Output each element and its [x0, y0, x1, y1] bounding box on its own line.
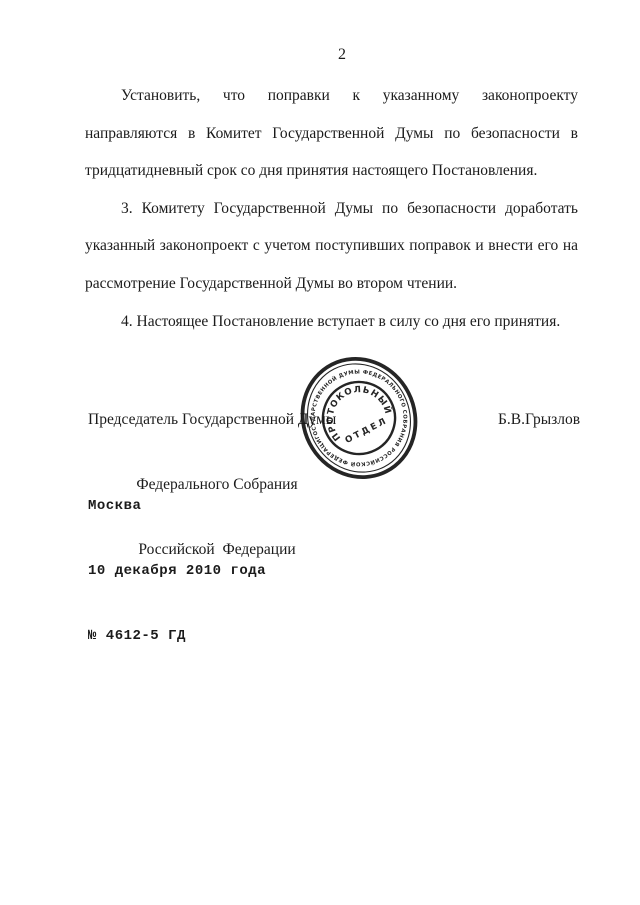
document-footer: Москва 10 декабря 2010 года № 4612-5 ГД: [88, 452, 266, 692]
paragraph-line: Установить, что поправки к указанному за…: [85, 76, 578, 114]
paragraph-line: 4. Настоящее Постановление вступает в си…: [85, 302, 578, 340]
footer-city: Москва: [88, 496, 266, 518]
stamp-outer-ring: [284, 343, 434, 493]
document-body: Установить, что поправки к указанному за…: [85, 76, 578, 339]
paragraph-line: рассмотрение Государственной Думы во вто…: [85, 264, 578, 302]
signer-name: Б.В.Грызлов: [498, 411, 580, 429]
footer-date: 10 декабря 2010 года: [88, 561, 266, 583]
paragraph-line: 3. Комитету Государственной Думы по безо…: [85, 189, 578, 227]
round-stamp-icon: ГОСУДАРСТВЕННОЙ ДУМЫ ФЕДЕРАЛЬНОГО СОБРАН…: [284, 343, 434, 493]
paragraph-line: указанный законопроект с учетом поступив…: [85, 226, 578, 264]
page-number: 2: [338, 46, 346, 64]
document-page: 2 Установить, что поправки к указанному …: [0, 0, 640, 905]
paragraph-line: тридцатидневный срок со дня принятия нас…: [85, 151, 578, 189]
stamp-middle-ring: [289, 346, 429, 490]
footer-number: № 4612-5 ГД: [88, 626, 266, 648]
paragraph-line: направляются в Комитет Государственной Д…: [85, 114, 578, 152]
stamp-center-text: ОТДЕЛ: [344, 416, 390, 446]
stamp-rim-text: ГОСУДАРСТВЕННОЙ ДУМЫ ФЕДЕРАЛЬНОГО СОБРАН…: [293, 351, 425, 485]
